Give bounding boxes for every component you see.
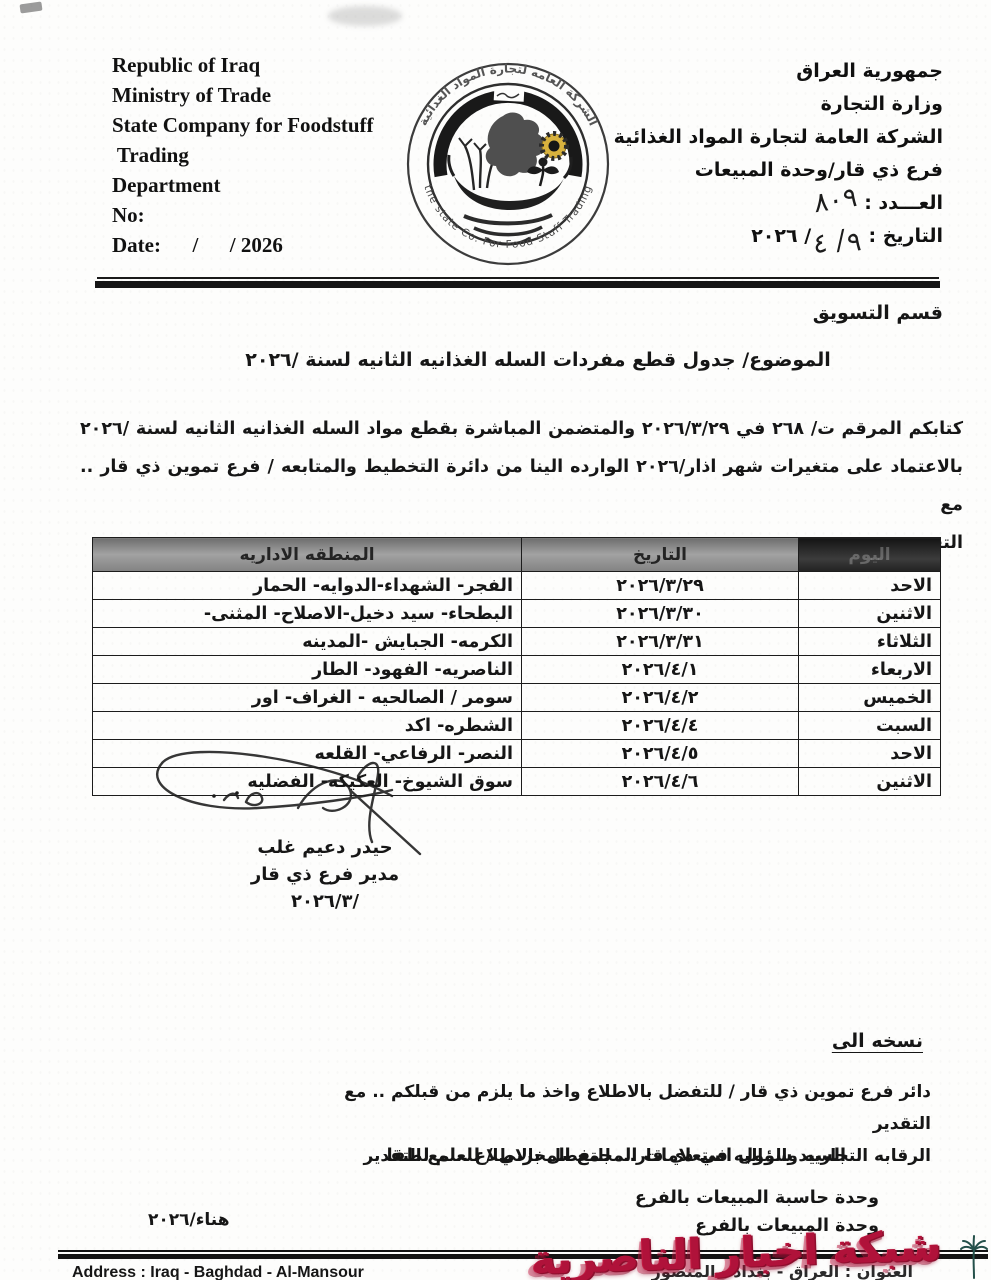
header-arabic-line: جمهورية العراق <box>603 55 943 88</box>
day-cell: الاثنين <box>799 768 941 796</box>
palm-tree-icon <box>959 1234 989 1280</box>
date-cell: ٢٠٢٦/٣/٢٩ <box>522 572 799 600</box>
svg-text:the state Co. For Food Stuff T: the state Co. For Food Stuff Trading <box>421 183 594 250</box>
ref-date-month-handwritten: ٤ / <box>813 230 846 255</box>
table-row: الاحد ٢٠٢٦/٣/٢٩ الفجر- الشهداء-الدوايه- … <box>93 572 941 600</box>
day-column-header: اليوم <box>799 538 941 572</box>
header-arabic: جمهورية العراقوزارة التجارةالشركة العامة… <box>603 55 943 253</box>
header-english-line: Republic of Iraq <box>112 50 452 80</box>
header-english-line: Date: / / 2026 <box>112 230 452 260</box>
body-line: كتابكم المرقم ت/ ٢٦٨ في ٢٠٢٦/٣/٢٩ والمتض… <box>80 410 963 448</box>
day-cell: الاربعاء <box>799 656 941 684</box>
header-english-line: Ministry of Trade <box>112 80 452 110</box>
ref-number-label: العـــدد : <box>864 192 943 214</box>
date-cell: ٢٠٢٦/٤/٤ <box>522 712 799 740</box>
signature-name: حيدر دعيم غلب <box>205 834 445 861</box>
date-cell: ٢٠٢٦/٤/٢ <box>522 684 799 712</box>
cc-heading: نسخه الى <box>832 1030 923 1052</box>
ref-date-year: ٢٠٢٦ / <box>751 220 811 253</box>
boat-shape <box>454 176 564 210</box>
date-cell: ٢٠٢٦/٤/٦ <box>522 768 799 796</box>
scan-corner-mark <box>19 2 42 14</box>
ref-date-label: التاريخ : <box>868 225 943 247</box>
info-line-warehouse: السيد سؤول استعلامات المجمع المخزني / لل… <box>387 1146 846 1166</box>
day-cell: الاثنين <box>799 600 941 628</box>
header-arabic-line: الشركة العامة لتجارة المواد الغذائية <box>603 121 943 154</box>
day-cell: السبت <box>799 712 941 740</box>
watermark-stamp: شبكة اخبار الناصرية شبكة اخبار الناصرية <box>530 1224 942 1280</box>
area-cell: الكرمه- الجبايش -المدينه <box>93 628 522 656</box>
area-cell: البطحاء- سيد دخيل-الاصلاح- المثنى- <box>93 600 522 628</box>
company-logo: الشركة العامه لتجارة المواد الغدائية the… <box>402 58 614 270</box>
body-line: بالاعتماد على متغيرات شهر اذار/٢٠٢٦ الوا… <box>80 448 963 524</box>
day-cell: الاحد <box>799 740 941 768</box>
header-english: Republic of IraqMinistry of TradeState C… <box>112 50 452 260</box>
logo-seal-svg: الشركة العامه لتجارة المواد الغدائية the… <box>402 58 614 270</box>
subject-line: الموضوع/ جدول قطع مفردات السله الغذانيه … <box>140 349 936 371</box>
header-english-line: No: <box>112 200 452 230</box>
logo-english-ring-text: the state Co. For Food Stuff Trading <box>421 183 594 250</box>
document-page: Republic of IraqMinistry of TradeState C… <box>0 0 991 1280</box>
signature-title: مدير فرع ذي قار <box>205 861 445 888</box>
area-cell: الفجر- الشهداء-الدوايه- الحمار <box>93 572 522 600</box>
header-arabic-line: فرع ذي قار/وحدة المبيعات <box>603 154 943 187</box>
info-line-sales-computer-unit: وحدة حاسبة المبيعات بالفرع <box>635 1188 879 1208</box>
day-cell: الخميس <box>799 684 941 712</box>
area-cell: سوق الشيوخ- العكيكه- الفضليه <box>93 768 522 796</box>
table-row: الثلاثاء ٢٠٢٦/٣/٣١ الكرمه- الجبايش -المد… <box>93 628 941 656</box>
header-arabic-line: وزارة التجارة <box>603 88 943 121</box>
table-row: الخميس ٢٠٢٦/٤/٢ سومر / الصالحيه - الغراف… <box>93 684 941 712</box>
date-cell: ٢٠٢٦/٣/٣٠ <box>522 600 799 628</box>
day-cell: الثلاثاء <box>799 628 941 656</box>
table-row: السبت ٢٠٢٦/٤/٤ الشطره- اكد <box>93 712 941 740</box>
area-cell: سومر / الصالحيه - الغراف- اور <box>93 684 522 712</box>
ref-number-line: العـــدد : ٨٠٩ <box>603 187 943 220</box>
table-row: الاثنين ٢٠٢٦/٣/٣٠ البطحاء- سيد دخيل-الاص… <box>93 600 941 628</box>
table-row: الاربعاء ٢٠٢٦/٤/١ الناصريه- الفهود- الطا… <box>93 656 941 684</box>
watermark-stamp-text: شبكة اخبار الناصرية <box>530 1221 942 1280</box>
signature-block: حيدر دعيم غلب مدير فرع ذي قار ٢٠٢٦/٣/ <box>205 822 445 915</box>
signature-date: ٢٠٢٦/٣/ <box>205 888 445 915</box>
header-english-line: Trading <box>112 140 452 170</box>
date-cell: ٢٠٢٦/٤/١ <box>522 656 799 684</box>
header-english-line: State Company for Foodstuff <box>112 110 452 140</box>
scan-smudge <box>328 6 402 26</box>
date-cell: ٢٠٢٦/٤/٥ <box>522 740 799 768</box>
day-cell: الاحد <box>799 572 941 600</box>
marketing-dept-line: قسم التسويق <box>813 302 943 324</box>
area-cell: الناصريه- الفهود- الطار <box>93 656 522 684</box>
ref-date-day-handwritten: ٩ <box>847 232 863 254</box>
area-cell: النصر- الرفاعي- القلعه <box>93 740 522 768</box>
cc-line: دائر فرع تموين ذي قار / للتفضل بالاطلاع … <box>290 1076 931 1140</box>
table-header-row: اليوم التاريخ المنطقه الاداريه <box>93 538 941 572</box>
table-row: الاثنين ٢٠٢٦/٤/٦ سوق الشيوخ- العكيكه- ال… <box>93 768 941 796</box>
sunflower-icon <box>542 134 567 159</box>
area-column-header: المنطقه الاداريه <box>93 538 522 572</box>
area-cell: الشطره- اكد <box>93 712 522 740</box>
header-english-line: Department <box>112 170 452 200</box>
date-cell: ٢٠٢٦/٣/٣١ <box>522 628 799 656</box>
horizontal-rule <box>95 281 940 288</box>
typist-note: هناء/٢٠٢٦ <box>148 1210 230 1230</box>
ref-number-handwritten: ٨٠٩ <box>814 188 858 215</box>
schedule-table: اليوم التاريخ المنطقه الاداريه الاحد ٢٠٢… <box>92 537 941 796</box>
table-row: الاحد ٢٠٢٦/٤/٥ النصر- الرفاعي- القلعه <box>93 740 941 768</box>
ref-date-line: التاريخ : ٢٠٢٦ / ٤ / ٩ <box>603 220 943 253</box>
date-column-header: التاريخ <box>522 538 799 572</box>
address-english: Address : Iraq - Baghdad - Al-Mansour <box>72 1264 364 1280</box>
